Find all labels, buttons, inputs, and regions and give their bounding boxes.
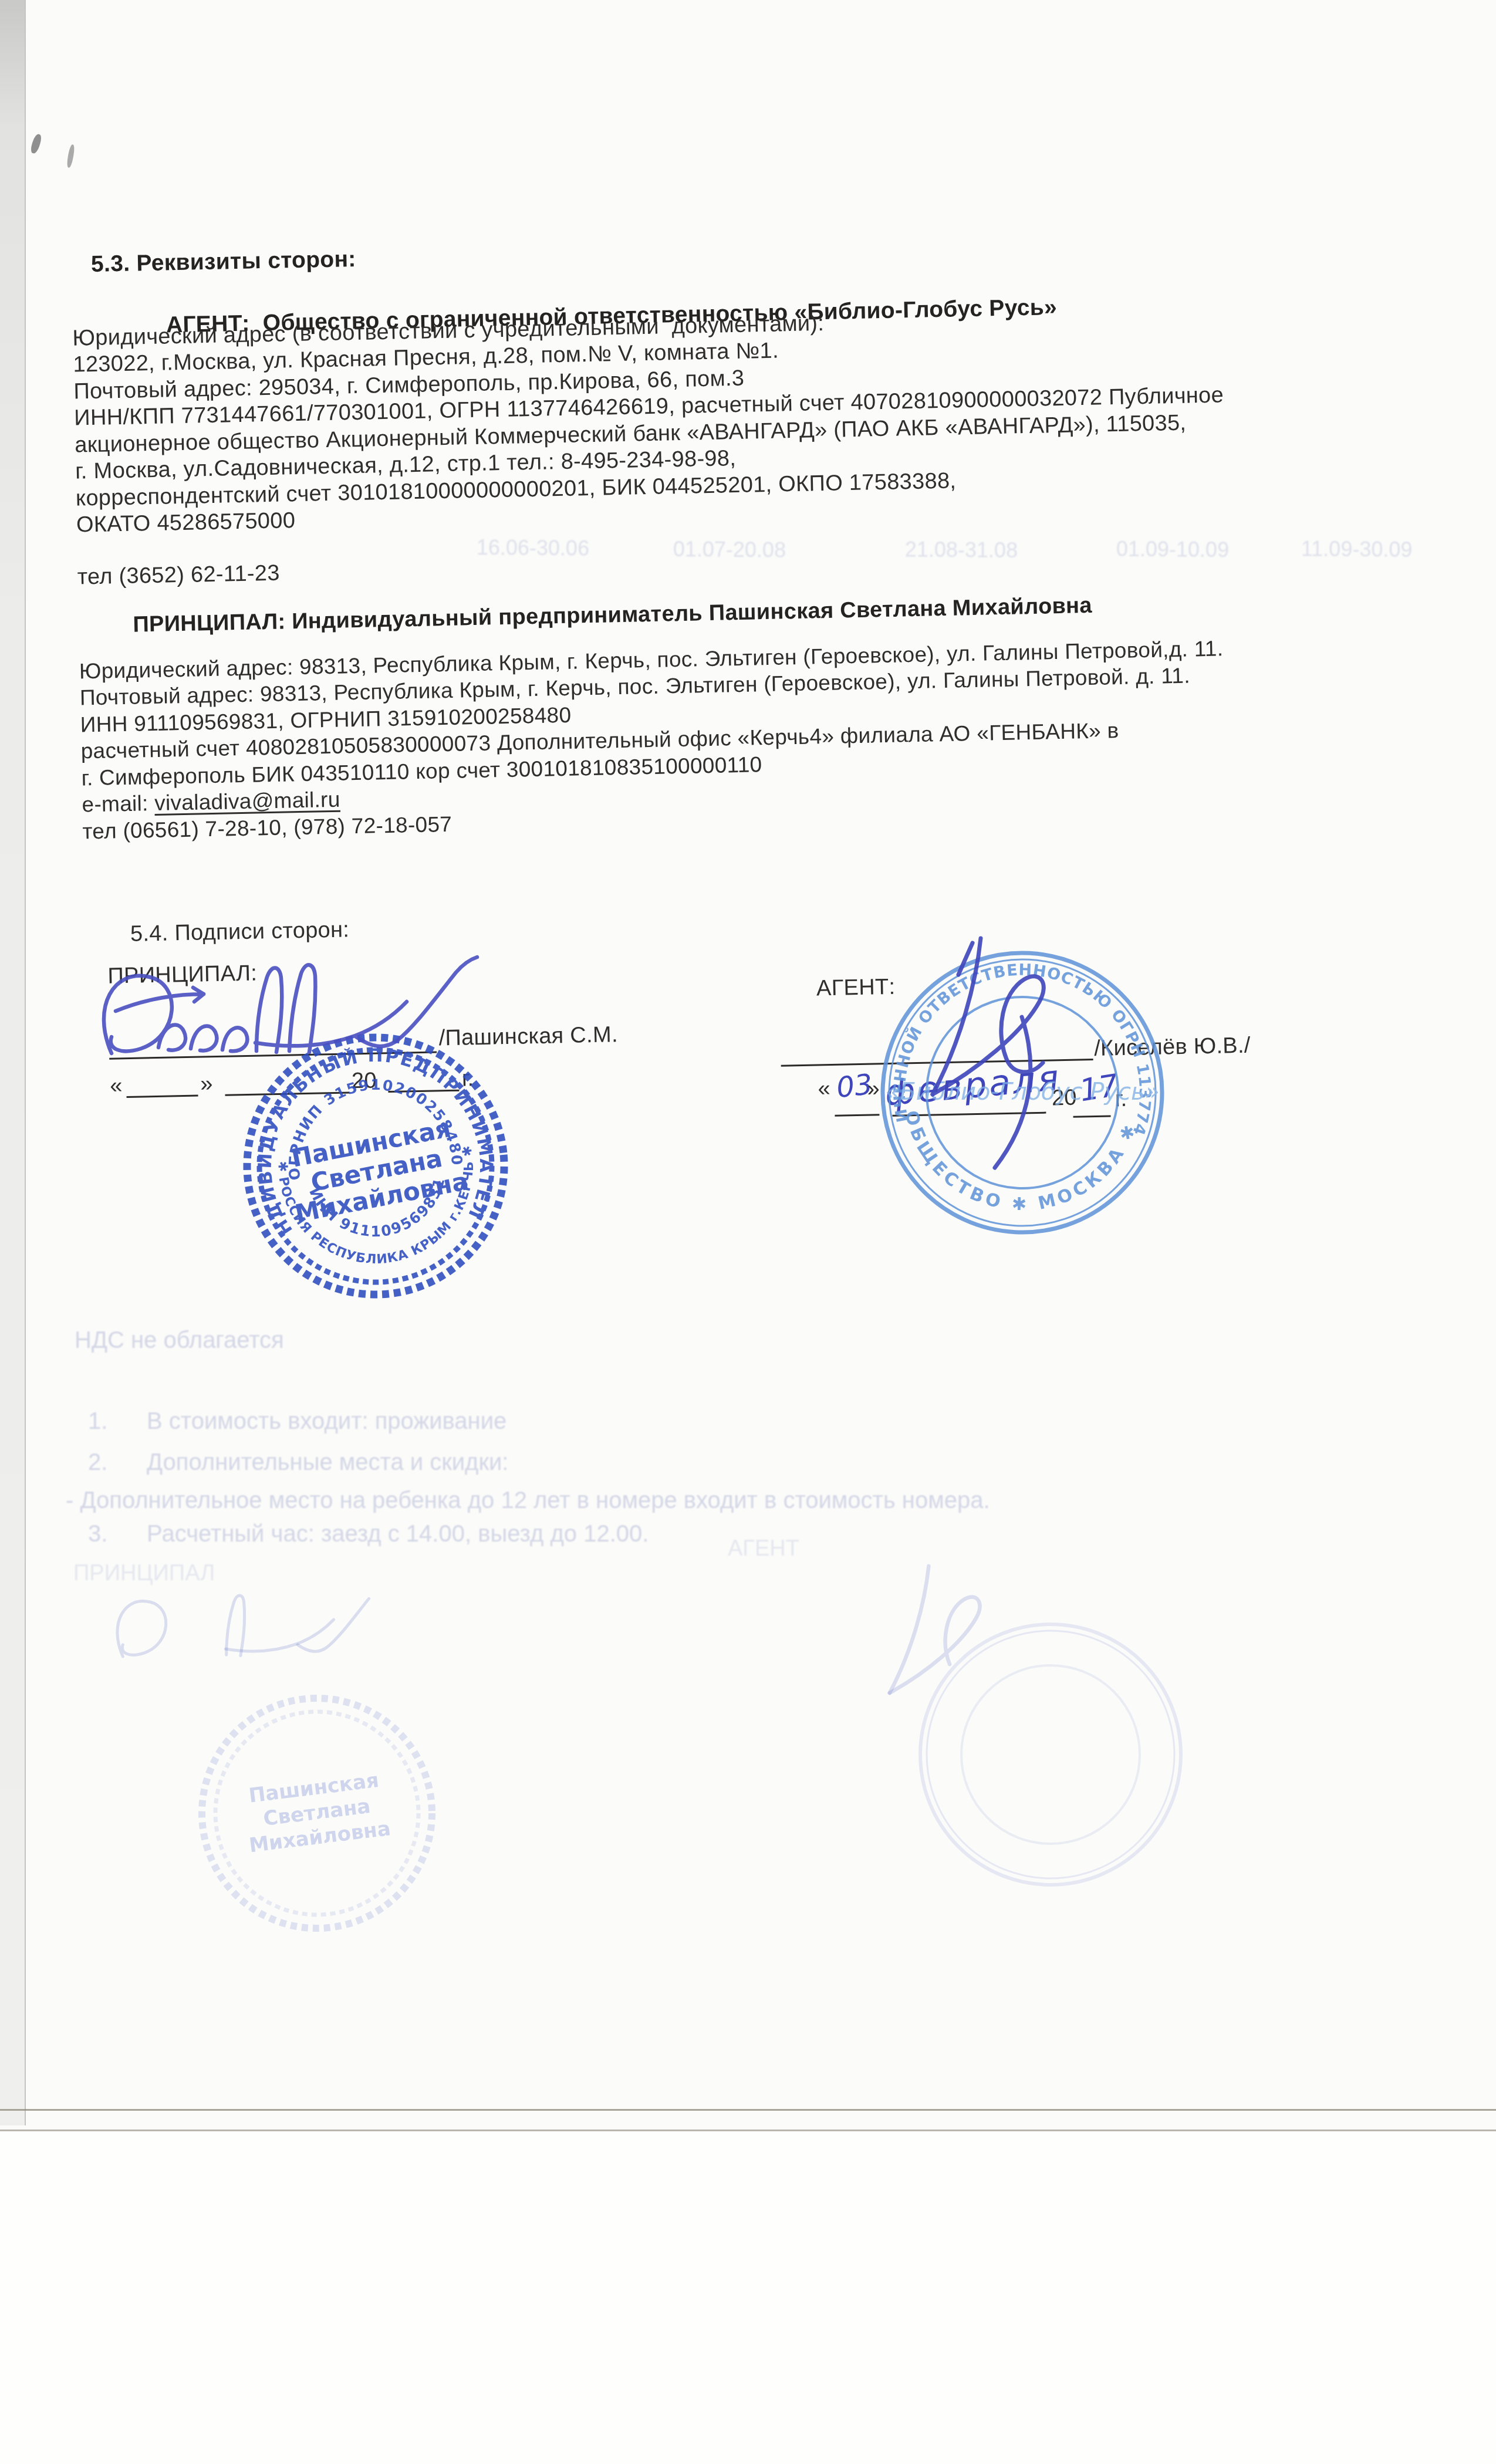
ghost-principal-stamp: Пашинская Светлана Михайловна — [194, 1690, 440, 1936]
agent-okato: ОКАТО 45286575000 — [76, 508, 296, 538]
agent-signature — [907, 918, 1095, 1177]
ghost-agent-label: АГЕНТ — [728, 1536, 799, 1561]
document-text-layer: 5.3. Реквизиты сторон: АГЕНТ: Общество с… — [0, 0, 1496, 2463]
principal-heading: ПРИНЦИПАЛ: Индивидуальный предпринимател… — [133, 593, 1092, 638]
ghost-principal-signature — [100, 1573, 393, 1690]
ghost-agent-signature — [869, 1549, 1021, 1760]
ghost-item-3: 3. Расчетный час: заезд с 14.00, выезд д… — [88, 1521, 649, 1547]
ghost-item-2: 2. Дополнительные места и скидки: — [88, 1449, 508, 1476]
scanned-contract-page: 16.06-30.06 01.07-20.08 21.08-31.08 01.0… — [0, 0, 1496, 2464]
email-address: vivaladiva@mail.ru — [154, 787, 340, 815]
section-5-3-heading: 5.3. Реквизиты сторон: — [91, 246, 356, 278]
agent-phone: тел (3652) 62-11-23 — [77, 561, 280, 590]
date-right-day-line — [835, 1114, 879, 1117]
principal-signature — [79, 936, 490, 1100]
principal-email-line: e-mail: vivaladiva@mail.ru — [82, 787, 340, 817]
email-label: e-mail: — [82, 791, 155, 816]
principal-phone: тел (06561) 7-28-10, (978) 72-18-057 — [82, 812, 452, 844]
date-right-quote-open: « — [818, 1076, 830, 1101]
ghost-item-dash: - Дополнительное место на ребенка до 12 … — [66, 1488, 990, 1514]
ghost-vat-note: НДС не облагается — [75, 1327, 284, 1354]
ghost-item-1: 1. В стоимость входит: проживание — [88, 1408, 506, 1435]
